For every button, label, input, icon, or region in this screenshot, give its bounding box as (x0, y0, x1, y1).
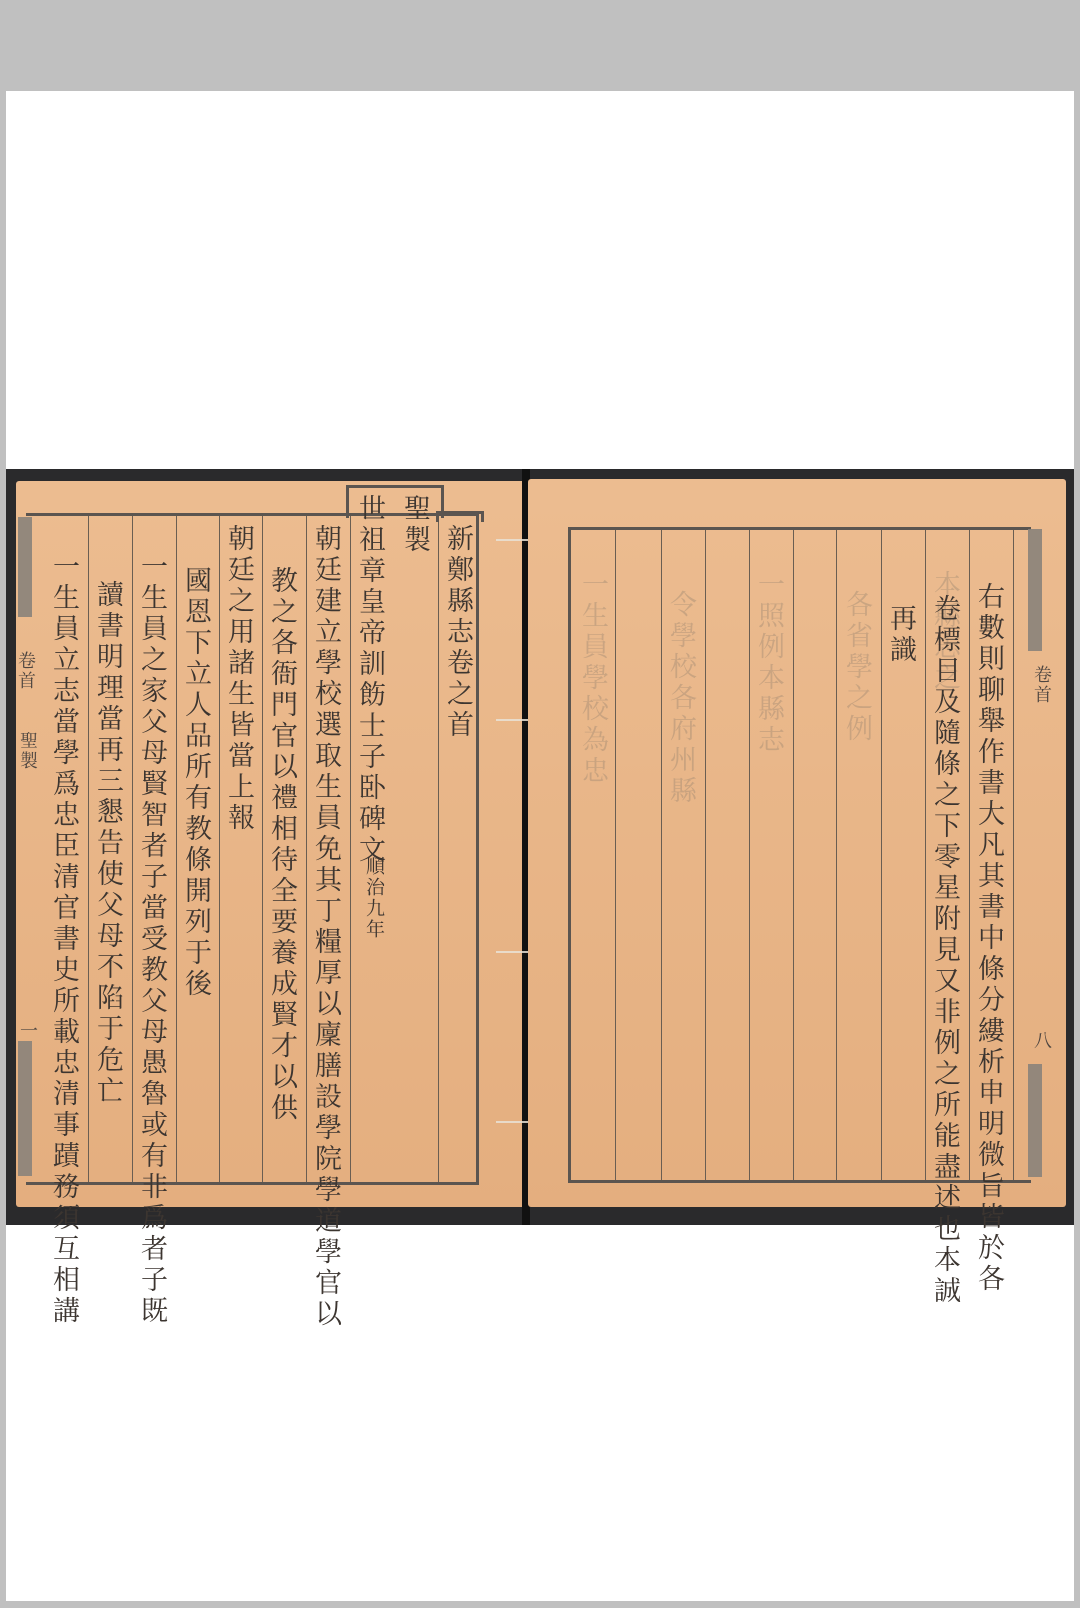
column-rule (925, 530, 926, 1180)
fold-fishtail-bottom (1028, 1064, 1042, 1177)
heading-box (346, 485, 444, 518)
column-rule (705, 530, 706, 1180)
margin-page-number: 一 (14, 1021, 40, 1041)
text-column: 朝廷之用諸生皆當上報 (225, 524, 252, 834)
column-rule (132, 516, 133, 1182)
right-page-frame: 一生員學校為忠 令學校各府州縣 一照例本縣志 各省學之例 本縣志之 右數則聊舉作… (568, 527, 1031, 1183)
text-column: 卷標目及隨條之下零星附見又非例之所能盡述也本誠 (931, 594, 958, 1307)
text-column: 國恩下立人品所有教條開列于後 (182, 566, 209, 1000)
column-rule (1013, 530, 1014, 1180)
show-through-text: 各省學之例 (843, 590, 870, 745)
column-rule (969, 530, 970, 1180)
title-box (436, 511, 484, 522)
column-rule (661, 530, 662, 1180)
margin-section-label: 聖製 (14, 731, 40, 771)
text-column: 右數則聊舉作書大凡其書中條分縷析申明微旨皆於各 (975, 582, 1002, 1295)
fold-fishtail-top (18, 517, 32, 617)
book-scan: 新鄭縣志卷之首 聖製 世祖章皇帝訓飭士子卧碑文 順治九年 朝廷建立學校選取生員免… (6, 469, 1074, 1225)
text-column: 讀書明理當再三懇告使父母不陷于危亡 (94, 580, 121, 1107)
show-through-text: 一生員學校為忠 (579, 570, 606, 787)
column-rule (793, 530, 794, 1180)
book-title: 新鄭縣志卷之首 (444, 524, 471, 741)
column-rule (749, 530, 750, 1180)
column-rule (350, 516, 351, 1182)
fold-fishtail-top (1028, 529, 1042, 651)
heading-line: 世祖章皇帝訓飭士子卧碑文 (356, 494, 383, 866)
left-page: 新鄭縣志卷之首 聖製 世祖章皇帝訓飭士子卧碑文 順治九年 朝廷建立學校選取生員免… (16, 481, 528, 1207)
column-rule (176, 516, 177, 1182)
signature: 再識 (887, 604, 914, 666)
left-page-frame: 新鄭縣志卷之首 聖製 世祖章皇帝訓飭士子卧碑文 順治九年 朝廷建立學校選取生員免… (26, 513, 479, 1185)
margin-page-number: 八 (1028, 1031, 1054, 1051)
right-page: 一生員學校為忠 令學校各府州縣 一照例本縣志 各省學之例 本縣志之 右數則聊舉作… (528, 479, 1066, 1207)
text-column: 一生員之家父母賢智者子當受教父母愚魯或有非爲者子既 (138, 552, 165, 1327)
heading-date-note: 順治九年 (364, 856, 383, 940)
column-rule (881, 530, 882, 1180)
column-rule (262, 516, 263, 1182)
column-rule (219, 516, 220, 1182)
column-rule (306, 516, 307, 1182)
show-through-text: 一照例本縣志 (755, 570, 782, 756)
text-column: 教之各衙門官以禮相待全要養成賢才以供 (268, 566, 295, 1124)
column-rule (438, 516, 439, 1182)
margin-volume-label: 卷首 (1028, 665, 1054, 705)
column-rule (615, 530, 616, 1180)
text-column: 朝廷建立學校選取生員免其丁糧厚以廩膳設學院學道學官以 (312, 524, 339, 1330)
show-through-text: 令學校各府州縣 (667, 590, 694, 807)
text-column: 一生員立志當學爲忠臣清官書史所載忠清事蹟務須互相講 (50, 552, 77, 1327)
column-rule (836, 530, 837, 1180)
image-viewer: 新鄭縣志卷之首 聖製 世祖章皇帝訓飭士子卧碑文 順治九年 朝廷建立學校選取生員免… (6, 91, 1074, 1601)
column-rule (88, 516, 89, 1182)
margin-volume-label: 卷首 (12, 651, 38, 691)
fold-fishtail-bottom (18, 1041, 32, 1176)
